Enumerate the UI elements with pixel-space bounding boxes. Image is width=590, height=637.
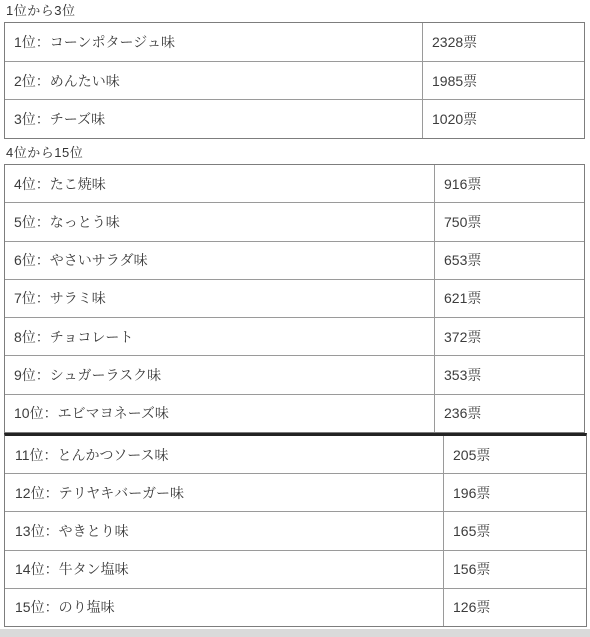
table-row: 14位：牛タン塩味 156票 bbox=[5, 551, 586, 589]
ranking-page: 1位から3位 1位：コーンポタージュ味 2328票 2位：めんたい味 1985票… bbox=[0, 0, 590, 637]
table-row: 6位：やさいサラダ味 653票 bbox=[5, 242, 584, 280]
rank-flavor-cell: 12位：テリヤキバーガー味 bbox=[5, 474, 443, 511]
votes-cell: 2328票 bbox=[422, 23, 584, 61]
table-row: 7位：サラミ味 621票 bbox=[5, 280, 584, 318]
votes-cell: 165票 bbox=[443, 512, 586, 549]
ranking-table-1-3: 1位：コーンポタージュ味 2328票 2位：めんたい味 1985票 3位：チーズ… bbox=[4, 22, 585, 139]
ranking-table-11-15: 11位：とんかつソース味 205票 12位：テリヤキバーガー味 196票 13位… bbox=[4, 433, 587, 627]
table-row: 2位：めんたい味 1985票 bbox=[5, 62, 584, 101]
rank-flavor-cell: 5位：なっとう味 bbox=[5, 203, 434, 240]
table-row: 9位：シュガーラスク味 353票 bbox=[5, 356, 584, 394]
votes-cell: 916票 bbox=[434, 165, 584, 202]
rank-flavor-cell: 3位：チーズ味 bbox=[5, 100, 422, 138]
votes-cell: 236票 bbox=[434, 395, 584, 432]
table-row: 10位：エビマヨネーズ味 236票 bbox=[5, 395, 584, 432]
rank-flavor-cell: 14位：牛タン塩味 bbox=[5, 551, 443, 588]
votes-cell: 205票 bbox=[443, 436, 586, 473]
votes-cell: 621票 bbox=[434, 280, 584, 317]
rank-flavor-cell: 6位：やさいサラダ味 bbox=[5, 242, 434, 279]
ranking-table-4-10: 4位：たこ焼味 916票 5位：なっとう味 750票 6位：やさいサラダ味 65… bbox=[4, 164, 585, 433]
rank-flavor-cell: 7位：サラミ味 bbox=[5, 280, 434, 317]
votes-cell: 353票 bbox=[434, 356, 584, 393]
rank-flavor-cell: 11位：とんかつソース味 bbox=[5, 436, 443, 473]
votes-cell: 750票 bbox=[434, 203, 584, 240]
votes-cell: 156票 bbox=[443, 551, 586, 588]
table-row: 12位：テリヤキバーガー味 196票 bbox=[5, 474, 586, 512]
rank-flavor-cell: 2位：めんたい味 bbox=[5, 62, 422, 100]
votes-cell: 372票 bbox=[434, 318, 584, 355]
rank-flavor-cell: 13位：やきとり味 bbox=[5, 512, 443, 549]
votes-cell: 1985票 bbox=[422, 62, 584, 100]
table-row: 3位：チーズ味 1020票 bbox=[5, 100, 584, 138]
votes-cell: 126票 bbox=[443, 589, 586, 626]
rank-flavor-cell: 4位：たこ焼味 bbox=[5, 165, 434, 202]
table-row: 11位：とんかつソース味 205票 bbox=[5, 436, 586, 474]
votes-cell: 653票 bbox=[434, 242, 584, 279]
table-row: 15位：のり塩味 126票 bbox=[5, 589, 586, 626]
votes-cell: 1020票 bbox=[422, 100, 584, 138]
table-row: 13位：やきとり味 165票 bbox=[5, 512, 586, 550]
table-row: 5位：なっとう味 750票 bbox=[5, 203, 584, 241]
rank-flavor-cell: 8位：チョコレート bbox=[5, 318, 434, 355]
section-label-ranks-4-15: 4位から15位 bbox=[6, 145, 83, 161]
table-row: 4位：たこ焼味 916票 bbox=[5, 165, 584, 203]
rank-flavor-cell: 9位：シュガーラスク味 bbox=[5, 356, 434, 393]
rank-flavor-cell: 1位：コーンポタージュ味 bbox=[5, 23, 422, 61]
table-row: 8位：チョコレート 372票 bbox=[5, 318, 584, 356]
votes-cell: 196票 bbox=[443, 474, 586, 511]
rank-flavor-cell: 15位：のり塩味 bbox=[5, 589, 443, 626]
section-label-ranks-1-3: 1位から3位 bbox=[6, 3, 75, 19]
bottom-divider-strip bbox=[0, 629, 590, 637]
rank-flavor-cell: 10位：エビマヨネーズ味 bbox=[5, 395, 434, 432]
table-row: 1位：コーンポタージュ味 2328票 bbox=[5, 23, 584, 62]
